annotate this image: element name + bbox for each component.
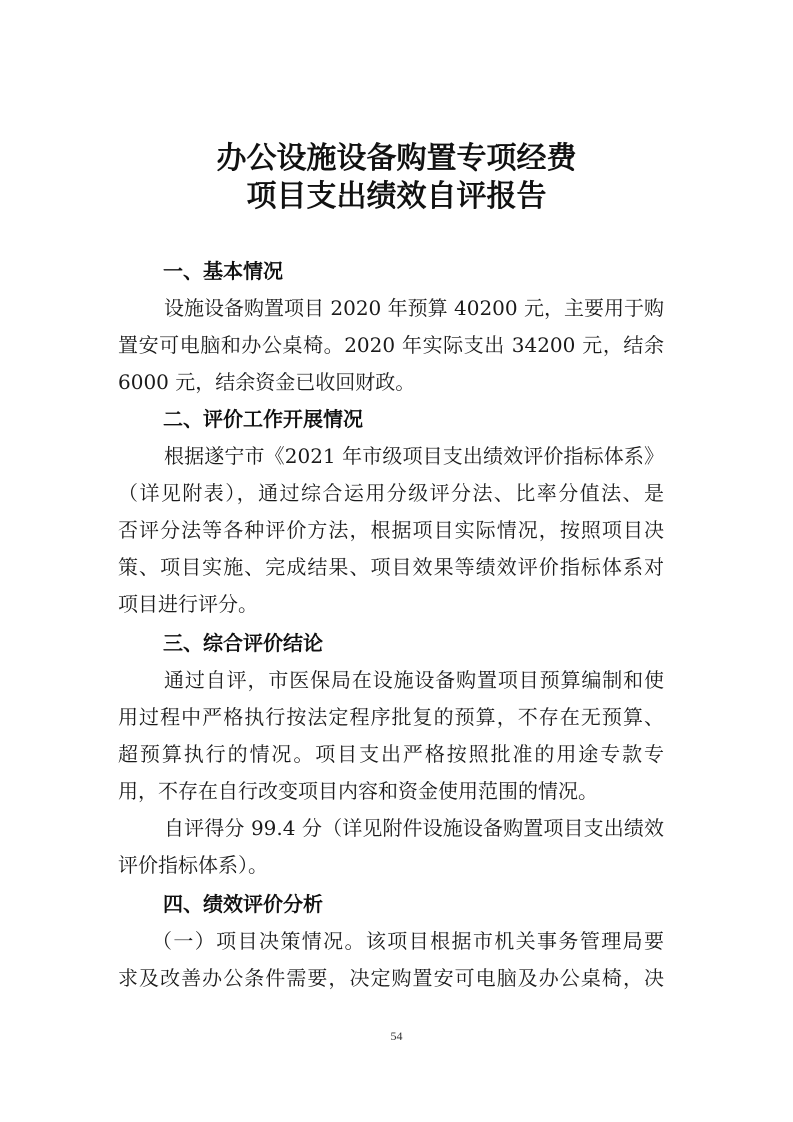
paragraph-line: 否评分法等各种评价方法，根据项目实际情况，按照项目决	[118, 515, 664, 545]
section-heading-performance-analysis: 四、绩效评价分析	[163, 889, 323, 919]
section-heading-basic-info: 一、基本情况	[163, 256, 283, 286]
paragraph-line: 用过程中严格执行按法定程序批复的预算，不存在无预算、	[118, 702, 664, 732]
paragraph-line-score: 自评得分 99.4 分（详见附件设施设备购置项目支出绩效	[164, 813, 664, 843]
paragraph-line: 6000 元，结余资金已收回财政。	[118, 367, 664, 397]
page-number: 54	[0, 1029, 793, 1044]
paragraph-line: 通过自评，市医保局在设施设备购置项目预算编制和使	[164, 665, 664, 695]
paragraph-line: 设施设备购置项目 2020 年预算 40200 元，主要用于购	[164, 293, 664, 323]
paragraph-line: 超预算执行的情况。项目支出严格按照批准的用途专款专	[118, 739, 664, 769]
paragraph-line: （详见附表），通过综合运用分级评分法、比率分值法、是	[118, 478, 664, 508]
paragraph-line: （一）项目决策情况。该项目根据市机关事务管理局要	[152, 926, 664, 956]
paragraph-line: 评价指标体系）。	[118, 850, 664, 880]
paragraph-line: 置安可电脑和办公桌椅。2020 年实际支出 34200 元，结余	[118, 330, 664, 360]
paragraph-line: 根据遂宁市《2021 年市级项目支出绩效评价指标体系》	[164, 441, 664, 471]
paragraph-line: 求及改善办公条件需要，决定购置安可电脑及办公桌椅，决	[118, 963, 664, 993]
paragraph-line: 策、项目实施、完成结果、项目效果等绩效评价指标体系对	[118, 552, 664, 582]
document-page: 办公设施设备购置专项经费 项目支出绩效自评报告 一、基本情况 设施设备购置项目 …	[0, 0, 793, 1122]
paragraph-line: 用，不存在自行改变项目内容和资金使用范围的情况。	[118, 776, 664, 806]
paragraph-line: 项目进行评分。	[118, 589, 664, 619]
section-heading-conclusion: 三、综合评价结论	[163, 628, 323, 658]
section-heading-evaluation-work: 二、评价工作开展情况	[163, 404, 363, 434]
document-title-line-2: 项目支出绩效自评报告	[0, 171, 793, 215]
